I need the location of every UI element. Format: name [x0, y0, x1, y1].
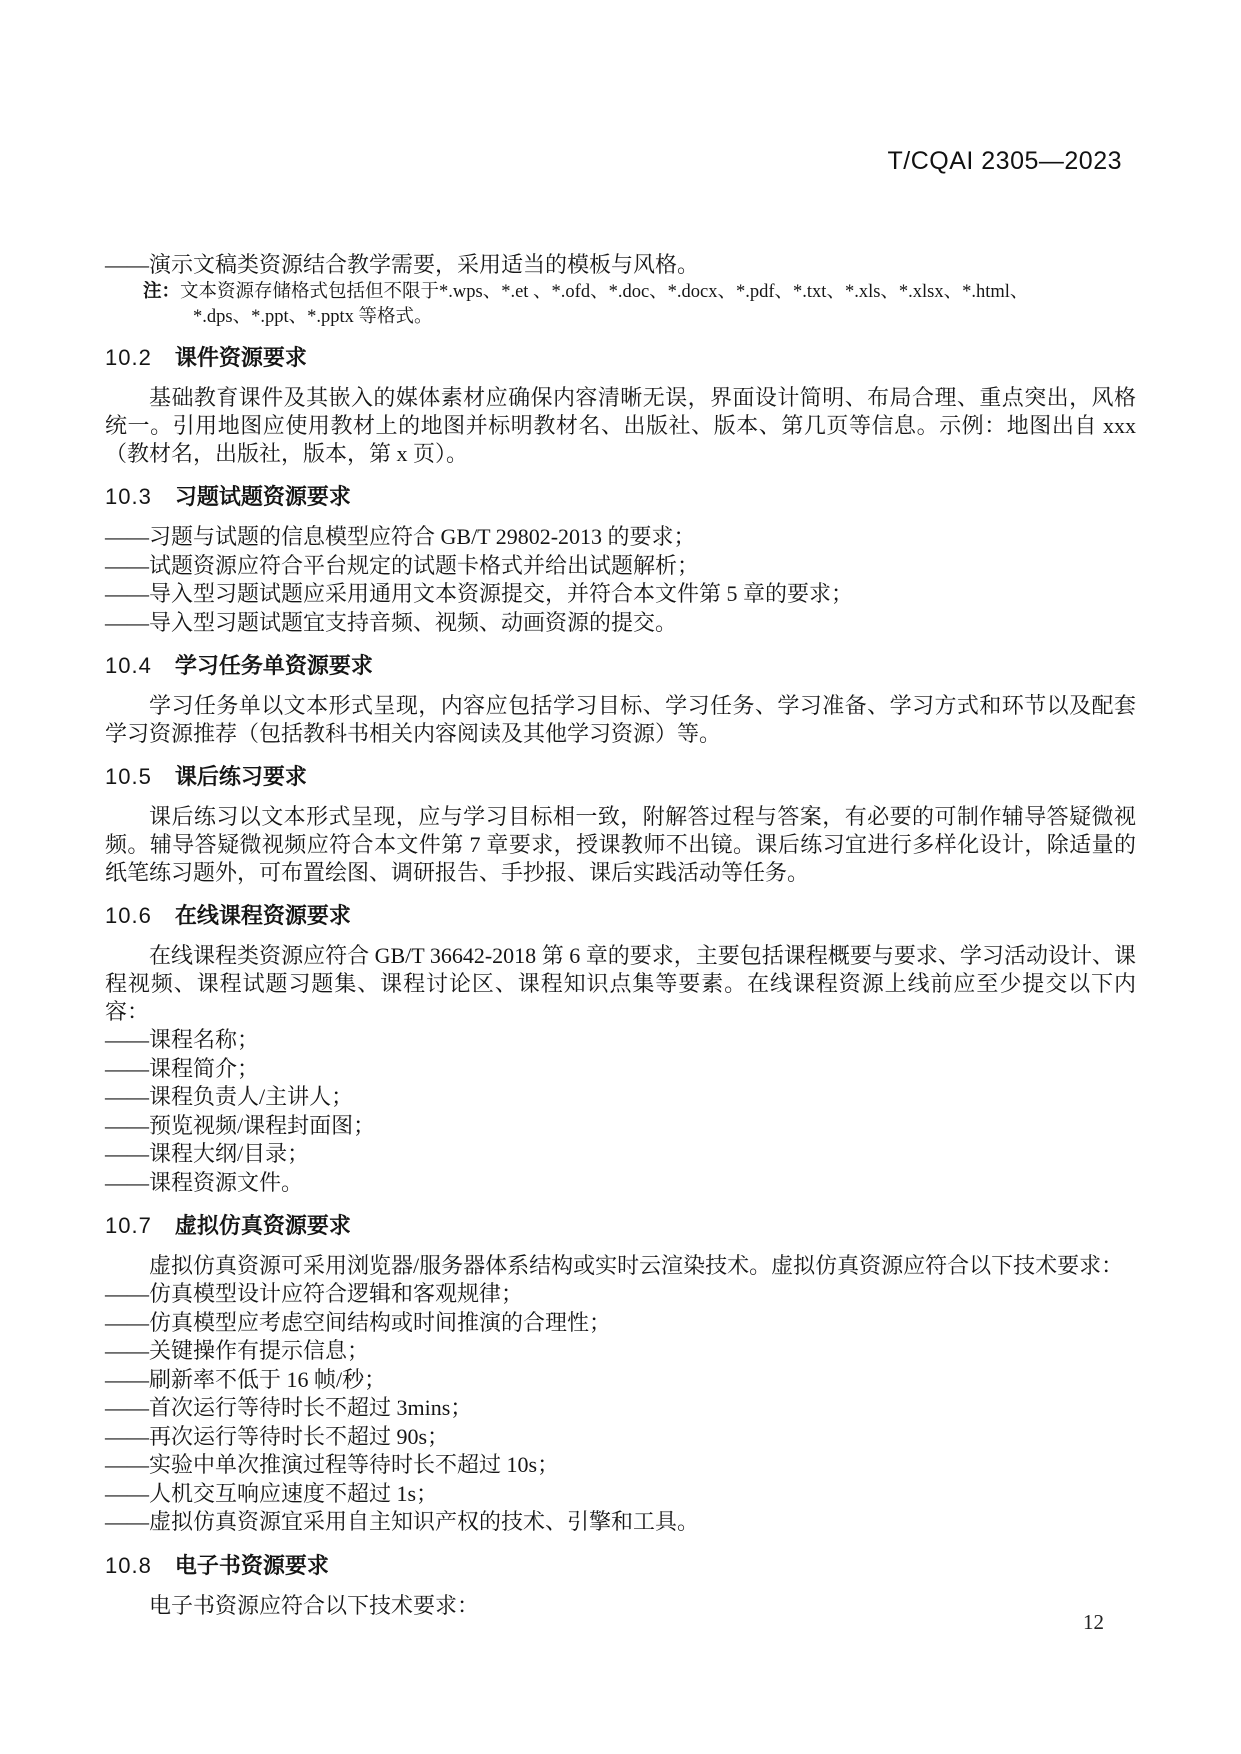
dash-list-item: ——课程名称；	[105, 1026, 1136, 1055]
section-title: 虚拟仿真资源要求	[175, 1213, 351, 1238]
section-title: 课件资源要求	[175, 345, 307, 370]
section-heading: 10.8电子书资源要求	[105, 1552, 1136, 1580]
dash-list-item: ——习题与试题的信息模型应符合 GB/T 29802-2013 的要求；	[105, 523, 1136, 552]
dash-list-item: ——仿真模型应考虑空间结构或时间推演的合理性；	[105, 1309, 1136, 1338]
dash-list-item: ——课程负责人/主讲人；	[105, 1083, 1136, 1112]
section-title: 学习任务单资源要求	[175, 653, 373, 678]
dash-list-item: ——导入型习题试题宜支持音频、视频、动画资源的提交。	[105, 609, 1136, 638]
document-body: ——演示文稿类资源结合教学需要，采用适当的模板与风格。 注：文本资源存储格式包括…	[105, 251, 1136, 1620]
section-paragraph: 电子书资源应符合以下技术要求：	[105, 1592, 1136, 1620]
section-title: 课后练习要求	[175, 764, 307, 789]
section-number: 10.3	[105, 484, 152, 509]
dash-list-item: ——人机交互响应速度不超过 1s；	[105, 1480, 1136, 1509]
dash-list-item: ——试题资源应符合平台规定的试题卡格式并给出试题解析；	[105, 552, 1136, 581]
dash-list-item: ——课程大纲/目录；	[105, 1140, 1136, 1169]
dash-list-item: ——刷新率不低于 16 帧/秒；	[105, 1366, 1136, 1395]
section-title: 电子书资源要求	[175, 1553, 329, 1578]
section-number: 10.8	[105, 1553, 152, 1578]
section-10-6: 10.6在线课程资源要求 在线课程类资源应符合 GB/T 36642-2018 …	[105, 902, 1136, 1197]
section-paragraph: 虚拟仿真资源可采用浏览器/服务器体系结构或实时云渲染技术。虚拟仿真资源应符合以下…	[105, 1252, 1136, 1280]
section-number: 10.4	[105, 653, 152, 678]
dash-list-item: ——课程简介；	[105, 1055, 1136, 1084]
note-block: 注：文本资源存储格式包括但不限于*.wps、*.et 、*.ofd、*.doc、…	[105, 279, 1136, 329]
dash-list-item: ——演示文稿类资源结合教学需要，采用适当的模板与风格。	[105, 251, 1136, 279]
section-paragraph: 课后练习以文本形式呈现，应与学习目标相一致，附解答过程与答案，有必要的可制作辅导…	[105, 803, 1136, 887]
dash-list-item: ——课程资源文件。	[105, 1169, 1136, 1198]
section-number: 10.6	[105, 903, 152, 928]
section-paragraph: 基础教育课件及其嵌入的媒体素材应确保内容清晰无误，界面设计简明、布局合理、重点突…	[105, 384, 1136, 468]
dash-list-item: ——虚拟仿真资源宜采用自主知识产权的技术、引擎和工具。	[105, 1508, 1136, 1537]
section-paragraph: 在线课程类资源应符合 GB/T 36642-2018 第 6 章的要求，主要包括…	[105, 942, 1136, 1026]
note-line: 注：文本资源存储格式包括但不限于*.wps、*.et 、*.ofd、*.doc、…	[143, 279, 1136, 305]
section-heading: 10.7虚拟仿真资源要求	[105, 1212, 1136, 1240]
section-10-5: 10.5课后练习要求 课后练习以文本形式呈现，应与学习目标相一致，附解答过程与答…	[105, 763, 1136, 887]
section-heading: 10.4学习任务单资源要求	[105, 652, 1136, 680]
page-number: 12	[1083, 1610, 1104, 1635]
dash-list-item: ——预览视频/课程封面图；	[105, 1112, 1136, 1141]
section-heading: 10.5课后练习要求	[105, 763, 1136, 791]
section-heading: 10.3习题试题资源要求	[105, 483, 1136, 511]
section-number: 10.7	[105, 1213, 152, 1238]
section-10-3: 10.3习题试题资源要求 ——习题与试题的信息模型应符合 GB/T 29802-…	[105, 483, 1136, 637]
dash-list-item: ——导入型习题试题应采用通用文本资源提交，并符合本文件第 5 章的要求；	[105, 580, 1136, 609]
section-10-7: 10.7虚拟仿真资源要求 虚拟仿真资源可采用浏览器/服务器体系结构或实时云渲染技…	[105, 1212, 1136, 1537]
note-text-continuation: *.dps、*.ppt、*.pptx 等格式。	[143, 305, 1136, 330]
section-heading: 10.2课件资源要求	[105, 344, 1136, 372]
document-page: T/CQAI 2305—2023 ——演示文稿类资源结合教学需要，采用适当的模板…	[0, 0, 1241, 1754]
section-paragraph: 学习任务单以文本形式呈现，内容应包括学习目标、学习任务、学习准备、学习方式和环节…	[105, 692, 1136, 748]
note-label: 注：	[143, 280, 180, 301]
section-10-2: 10.2课件资源要求 基础教育课件及其嵌入的媒体素材应确保内容清晰无误，界面设计…	[105, 344, 1136, 468]
section-number: 10.5	[105, 764, 152, 789]
standard-reference-header: T/CQAI 2305—2023	[887, 147, 1122, 176]
section-number: 10.2	[105, 345, 152, 370]
note-text: 文本资源存储格式包括但不限于*.wps、*.et 、*.ofd、*.doc、*.…	[180, 282, 1028, 302]
dash-list-item: ——首次运行等待时长不超过 3mins；	[105, 1394, 1136, 1423]
section-title: 在线课程资源要求	[175, 903, 351, 928]
dash-list-item: ——实验中单次推演过程等待时长不超过 10s；	[105, 1451, 1136, 1480]
dash-list-item: ——再次运行等待时长不超过 90s；	[105, 1423, 1136, 1452]
section-title: 习题试题资源要求	[175, 484, 351, 509]
section-10-4: 10.4学习任务单资源要求 学习任务单以文本形式呈现，内容应包括学习目标、学习任…	[105, 652, 1136, 748]
section-heading: 10.6在线课程资源要求	[105, 902, 1136, 930]
section-10-8: 10.8电子书资源要求 电子书资源应符合以下技术要求：	[105, 1552, 1136, 1620]
dash-list-item: ——仿真模型设计应符合逻辑和客观规律；	[105, 1280, 1136, 1309]
dash-list-item: ——关键操作有提示信息；	[105, 1337, 1136, 1366]
